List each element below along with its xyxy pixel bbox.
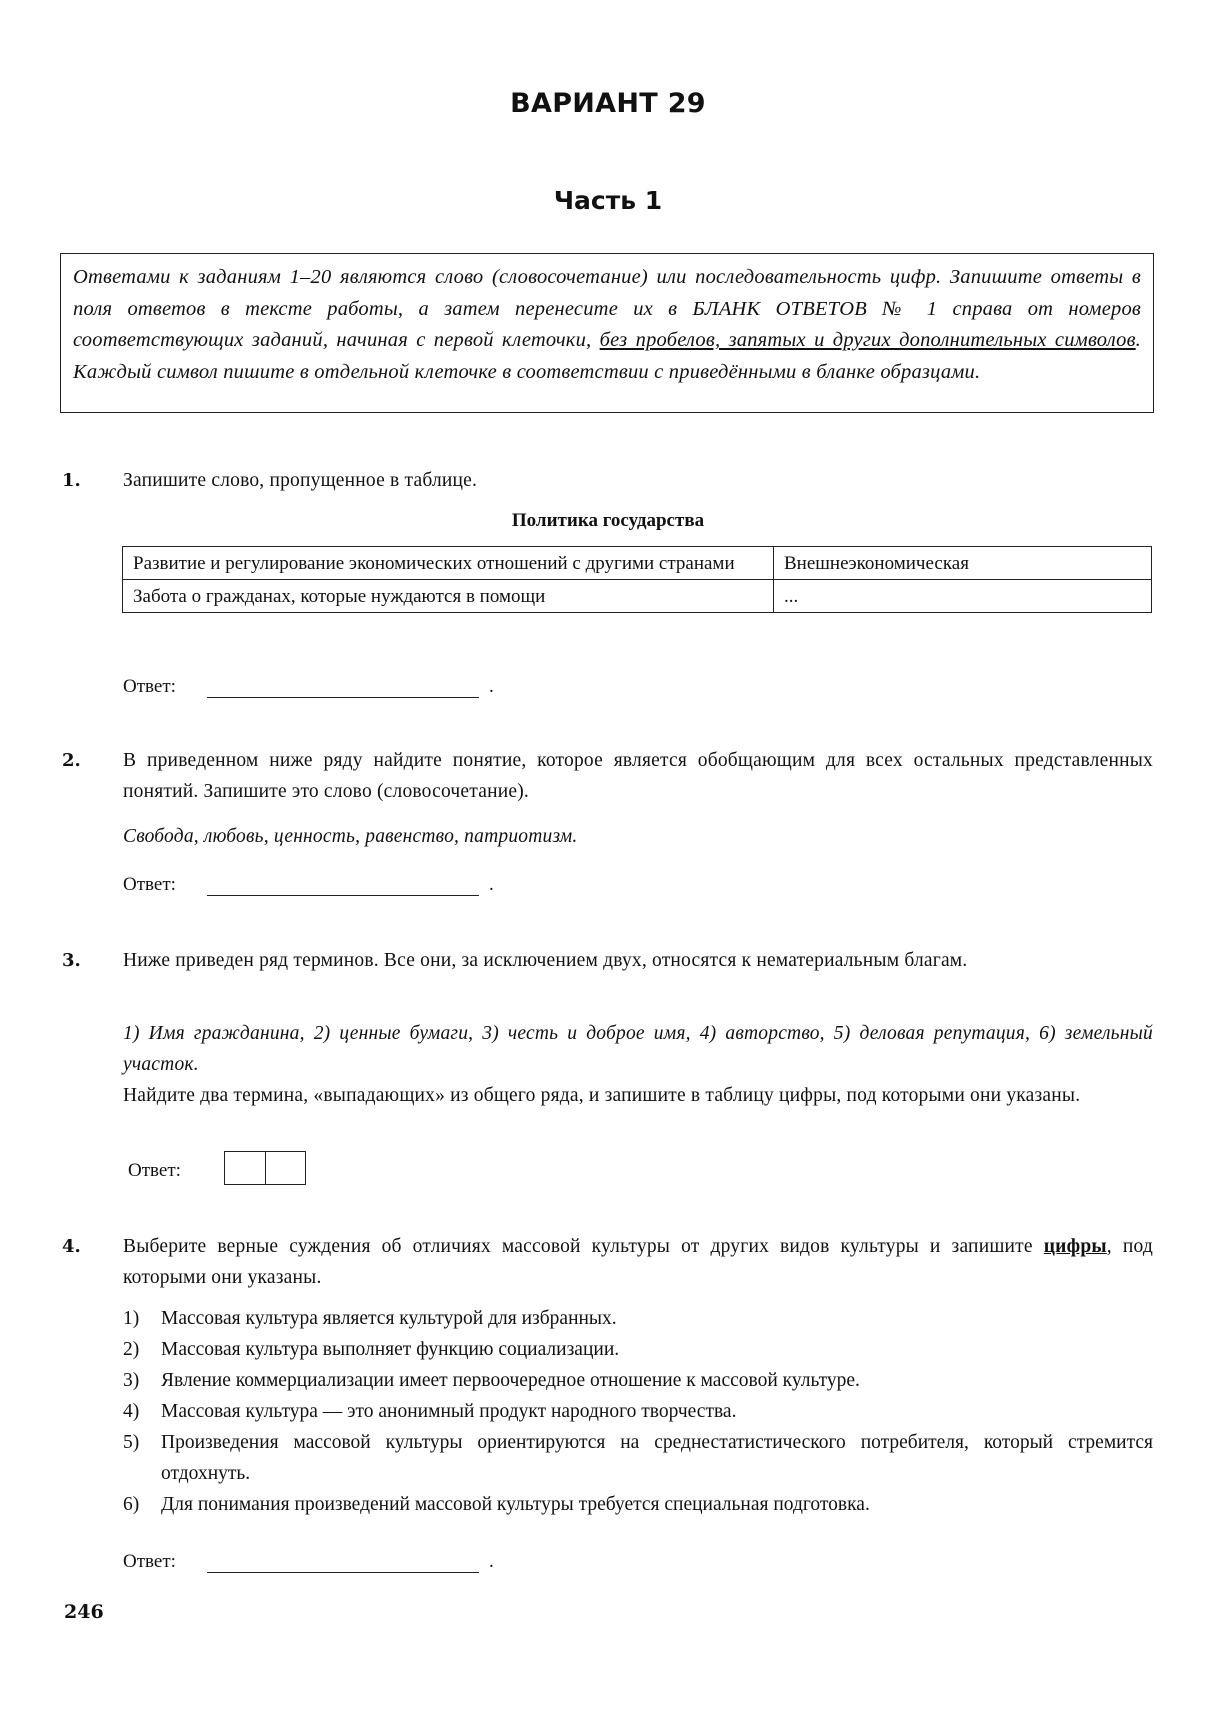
option-text: Массовая культура выполняет функцию соци… [161,1334,1153,1365]
answer-label-2: Ответ: [123,874,176,896]
question-4-emphasis: цифры [1044,1236,1107,1257]
option-1: 1)Массовая культура является культурой д… [123,1303,1153,1334]
option-3: 3)Явление коммерциализации имеет первооч… [123,1365,1153,1396]
question-4-text-start: Выберите верные суждения об отличиях мас… [123,1236,1044,1257]
question-2-number: 2. [62,750,81,771]
option-text: Массовая культура является культурой для… [161,1303,1153,1334]
option-number: 3) [123,1365,161,1396]
option-text: Массовая культура — это анонимный продук… [161,1396,1153,1427]
option-number: 5) [123,1427,161,1489]
answer-field-2[interactable] [207,895,479,896]
instructions-underlined: без пробелов, запятых и других дополните… [600,329,1136,351]
answer-field-4[interactable] [207,1572,479,1573]
option-text: Для понимания произведений массовой куль… [161,1489,1153,1520]
answer-label-4: Ответ: [123,1551,176,1573]
option-number: 1) [123,1303,161,1334]
option-text: Явление коммерциализации имеет первоочер… [161,1365,1153,1396]
option-number: 6) [123,1489,161,1520]
question-3-number: 3. [62,950,81,971]
question-1-number: 1. [62,470,81,491]
table-cell: Забота о гражданах, которые нуждаются в … [123,580,774,613]
answer-dot-2: . [489,874,494,896]
question-2-text: В приведенном ниже ряду найдите понятие,… [123,745,1153,807]
answer-dot-4: . [489,1551,494,1573]
option-4: 4)Массовая культура — это анонимный прод… [123,1396,1153,1427]
answer-cell[interactable] [225,1152,265,1184]
table-row: Развитие и регулирование экономических о… [123,547,1152,580]
table-cell: Внешнеэкономическая [774,547,1152,580]
question-3-text: Ниже приведен ряд терминов. Все они, за … [123,945,1153,976]
instructions-box: Ответами к заданиям 1–20 являются слово … [60,253,1154,413]
variant-title: ВАРИАНТ 29 [0,88,1216,119]
question-1-text: Запишите слово, пропущенное в таблице. [123,465,1153,496]
question-2-series: Свобода, любовь, ценность, равенство, па… [123,821,1153,852]
table-cell: ... [774,580,1152,613]
answer-cells-3 [224,1151,306,1185]
answer-field-1[interactable] [207,697,479,698]
table-caption: Политика государства [0,510,1216,532]
question-3-task: Найдите два термина, «выпадающих» из общ… [123,1080,1153,1111]
question-4-number: 4. [62,1236,81,1257]
part-title: Часть 1 [0,186,1216,215]
option-number: 2) [123,1334,161,1365]
answer-cell[interactable] [265,1152,305,1184]
answer-label-3: Ответ: [128,1160,181,1182]
option-number: 4) [123,1396,161,1427]
table-cell: Развитие и регулирование экономических о… [123,547,774,580]
answer-label-1: Ответ: [123,676,176,698]
answer-dot-1: . [489,676,494,698]
option-6: 6)Для понимания произведений массовой ку… [123,1489,1153,1520]
policy-table: Развитие и регулирование экономических о… [122,546,1152,613]
question-3-terms: 1) Имя гражданина, 2) ценные бумаги, 3) … [123,1018,1153,1080]
option-text: Произведения массовой культуры ориентиру… [161,1427,1153,1489]
option-5: 5)Произведения массовой культуры ориенти… [123,1427,1153,1489]
page-number: 246 [64,1601,104,1623]
option-2: 2)Массовая культура выполняет функцию со… [123,1334,1153,1365]
question-4-text: Выберите верные суждения об отличиях мас… [123,1231,1153,1293]
table-row: Забота о гражданах, которые нуждаются в … [123,580,1152,613]
